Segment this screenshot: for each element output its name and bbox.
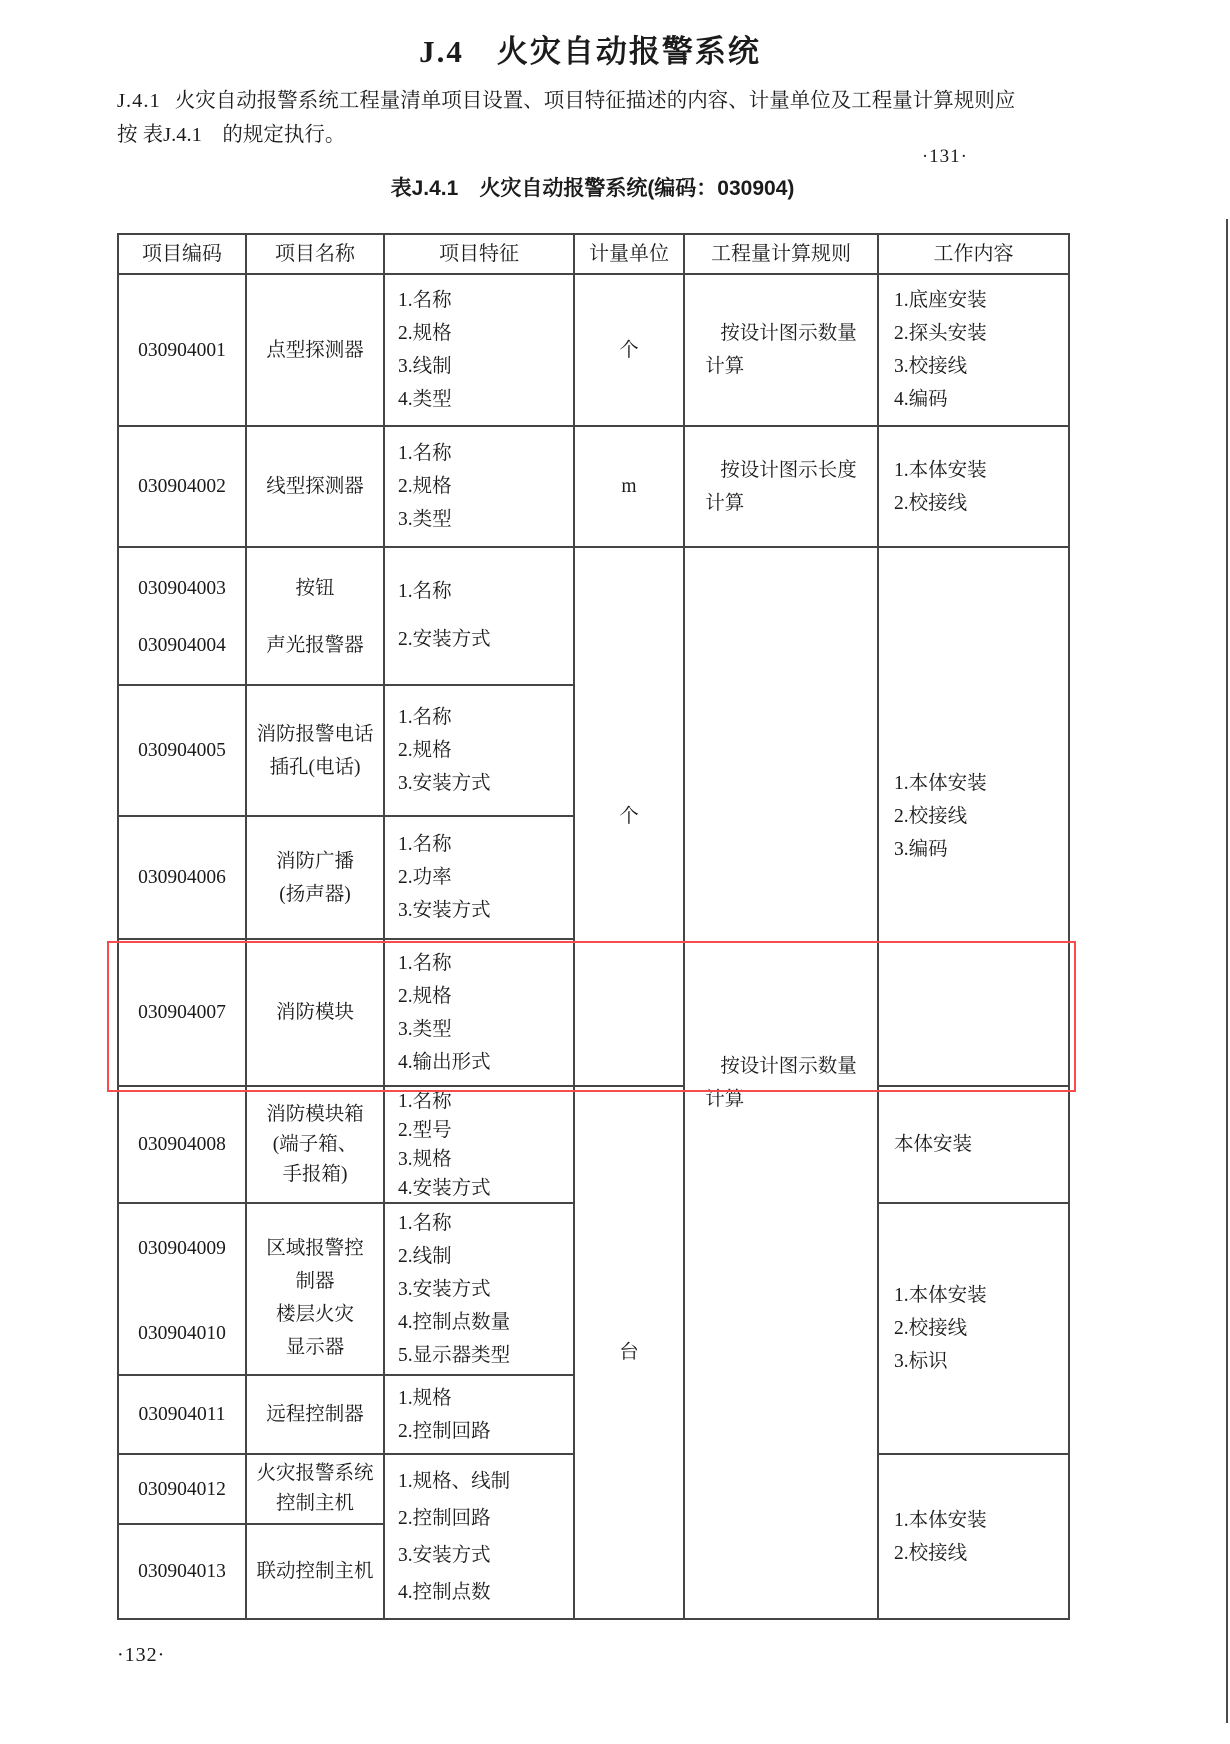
code-030904003: 030904003	[138, 572, 226, 605]
work-030904008: 本体安装	[879, 1087, 1070, 1204]
name-030904003: 按钮	[295, 572, 334, 605]
rule-merged-quantity: 按设计图示数量 计算	[685, 548, 879, 1620]
name-030904008: 消防模块箱 (端子箱、 手报箱)	[247, 1087, 385, 1204]
column-header-unit: 计量单位	[575, 235, 685, 275]
work-030904001: 1.底座安装 2.探头安装 3.校接线 4.编码	[879, 275, 1070, 427]
code-030904009: 030904009	[138, 1232, 226, 1265]
page-edge-line	[1226, 219, 1228, 1723]
page-number-bottom: ·132·	[117, 1644, 165, 1667]
work-merged-rows9-11: 1.本体安装 2.校接线 3.标识	[879, 1204, 1070, 1455]
name-pair-030904003-030904004: 按钮 声光报警器	[247, 548, 385, 686]
fire-alarm-table: 项目编码 项目名称 项目特征 计量单位 工程量计算规则 工作内容 0309040…	[117, 233, 1070, 1620]
name-030904013: 联动控制主机	[247, 1525, 385, 1620]
features-030904003-030904004: 1.名称 2.安装方式	[385, 548, 575, 686]
page-title: J.4 火灾自动报警系统	[0, 26, 1180, 71]
page-number-top: ·131·	[117, 146, 968, 168]
unit-merged-ge: 个	[575, 548, 685, 1087]
name-030904011: 远程控制器	[247, 1376, 385, 1455]
name-030904002: 线型探测器	[247, 427, 385, 548]
table-caption: 表J.4.1 火灾自动报警系统(编码：030904)	[117, 172, 1068, 202]
code-030904010: 030904010	[138, 1317, 226, 1350]
name-030904009: 区域报警控 制器	[266, 1232, 364, 1298]
column-header-code: 项目编码	[119, 235, 247, 275]
work-030904002: 1.本体安装 2.校接线	[879, 427, 1070, 548]
features-030904001: 1.名称 2.规格 3.线制 4.类型	[385, 275, 575, 427]
rule-030904002-text: 按设计图示长度 计算	[705, 454, 857, 520]
name-030904006: 消防广播 (扬声器)	[247, 817, 385, 940]
unit-merged-tai: 台	[575, 1087, 685, 1620]
unit-030904002: m	[575, 427, 685, 548]
name-030904004: 声光报警器	[266, 629, 364, 662]
code-030904006: 030904006	[119, 817, 247, 940]
work-merged-rows12-13: 1.本体安装 2.校接线	[879, 1455, 1070, 1620]
rule-030904002: 按设计图示长度 计算	[685, 427, 879, 548]
features-030904007: 1.名称 2.规格 3.类型 4.输出形式	[385, 940, 575, 1087]
name-030904010: 楼层火灾 显示器	[276, 1298, 354, 1364]
rule-merged-quantity-text: 按设计图示数量 计算	[705, 1050, 857, 1116]
work-merged-rows3-7: 1.本体安装 2.校接线 3.编码	[879, 548, 1070, 1087]
code-030904008: 030904008	[119, 1087, 247, 1204]
code-pair-030904009-030904010: 030904009 030904010	[119, 1204, 247, 1376]
code-030904007: 030904007	[119, 940, 247, 1087]
features-030904008: 1.名称 2.型号 3.规格 4.安装方式	[385, 1087, 575, 1204]
code-030904002: 030904002	[119, 427, 247, 548]
code-030904012: 030904012	[119, 1455, 247, 1525]
unit-030904001: 个	[575, 275, 685, 427]
column-header-features: 项目特征	[385, 235, 575, 275]
features-030904012-030904013: 1.规格、线制 2.控制回路 3.安装方式 4.控制点数	[385, 1455, 575, 1620]
column-header-name: 项目名称	[247, 235, 385, 275]
code-030904004: 030904004	[138, 629, 226, 662]
code-030904001: 030904001	[119, 275, 247, 427]
rule-030904001: 按设计图示数量 计算	[685, 275, 879, 427]
name-030904001: 点型探测器	[247, 275, 385, 427]
clause-text: 火灾自动报警系统工程量清单项目设置、项目特征描述的内容、计量单位及工程量计算规则…	[117, 90, 1015, 146]
clause-paragraph: J.4.1火灾自动报警系统工程量清单项目设置、项目特征描述的内容、计量单位及工程…	[117, 84, 1022, 152]
name-pair-030904009-030904010: 区域报警控 制器 楼层火灾 显示器	[247, 1204, 385, 1376]
code-pair-030904003-030904004: 030904003 030904004	[119, 548, 247, 686]
name-030904005: 消防报警电话 插孔(电话)	[247, 686, 385, 817]
features-030904006: 1.名称 2.功率 3.安装方式	[385, 817, 575, 940]
rule-030904001-text: 按设计图示数量 计算	[705, 317, 857, 383]
name-030904012: 火灾报警系统 控制主机	[247, 1455, 385, 1525]
features-030904009-030904010: 1.名称 2.线制 3.安装方式 4.控制点数量 5.显示器类型	[385, 1204, 575, 1376]
name-030904007: 消防模块	[247, 940, 385, 1087]
code-030904005: 030904005	[119, 686, 247, 817]
column-header-work: 工作内容	[879, 235, 1070, 275]
features-030904005: 1.名称 2.规格 3.安装方式	[385, 686, 575, 817]
features-030904011: 1.规格 2.控制回路	[385, 1376, 575, 1455]
code-030904013: 030904013	[119, 1525, 247, 1620]
column-header-rule: 工程量计算规则	[685, 235, 879, 275]
features-030904002: 1.名称 2.规格 3.类型	[385, 427, 575, 548]
code-030904011: 030904011	[119, 1376, 247, 1455]
clause-label: J.4.1	[117, 90, 161, 112]
